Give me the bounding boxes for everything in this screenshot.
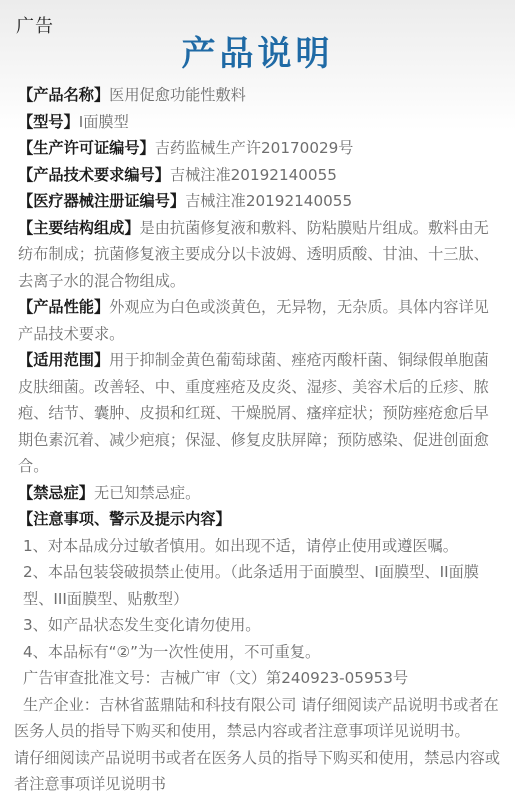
field-value: 吉械注准20192140055 xyxy=(170,166,337,184)
field-value: 医用促愈功能性敷料 xyxy=(109,86,246,104)
field-production-license: 【生产许可证编号】吉药监械生产许20170029号 xyxy=(18,135,503,162)
precautions-heading: 【注意事项、警示及提示内容】 xyxy=(18,506,503,533)
field-label: 【型号】 xyxy=(18,113,79,131)
precaution-item: 3、如产品状态发生变化请勿使用。 xyxy=(18,612,503,639)
field-registration-no: 【医疗器械注册证编号】吉械注准20192140055 xyxy=(18,188,503,215)
field-label: 【产品性能】 xyxy=(18,298,109,316)
field-label: 【主要结构组成】 xyxy=(18,219,140,237)
field-label: 【适用范围】 xyxy=(18,351,109,369)
field-product-name: 【产品名称】医用促愈功能性敷料 xyxy=(18,82,503,109)
field-tech-requirement-no: 【产品技术要求编号】吉械注准20192140055 xyxy=(18,162,503,189)
field-label: 【生产许可证编号】 xyxy=(18,139,155,157)
precaution-item: 2、本品包装袋破损禁止使用。（此条适用于面膜型、I面膜型、II面膜型、III面膜… xyxy=(18,559,503,612)
field-value: 用于抑制金黄色葡萄球菌、痤疮丙酸杆菌、铜绿假单胞菌皮肤细菌。改善轻、中、重度痤疮… xyxy=(18,351,489,475)
product-description: 【产品名称】医用促愈功能性敷料 【型号】I面膜型 【生产许可证编号】吉药监械生产… xyxy=(18,82,503,798)
field-label: 【产品名称】 xyxy=(18,86,109,104)
field-contraindications: 【禁忌症】无已知禁忌症。 xyxy=(18,480,503,507)
field-value: 吉械注准20192140055 xyxy=(185,192,352,210)
ad-approval-number: 广告审查批准文号：吉械广审（文）第240923-05953号 xyxy=(14,665,503,692)
field-value: 无已知禁忌症。 xyxy=(94,484,200,502)
manufacturer-info: 生产企业：吉林省蓝鼎陆和科技有限公司 请仔细阅读产品说明书或者在医务人员的指导下… xyxy=(14,692,503,745)
footer: 广告审查批准文号：吉械广审（文）第240923-05953号 生产企业：吉林省蓝… xyxy=(14,665,503,798)
field-composition: 【主要结构组成】是由抗菌修复液和敷料、防粘膜贴片组成。敷料由无纺布制成；抗菌修复… xyxy=(18,215,503,295)
disclaimer: 请仔细阅读产品说明书或者在医务人员的指导下购买和使用，禁忌内容或者注意事项详见说… xyxy=(14,745,503,798)
field-label: 【产品技术要求编号】 xyxy=(18,166,170,184)
field-value: 吉药监械生产许20170029号 xyxy=(155,139,354,157)
field-value: I面膜型 xyxy=(79,113,129,131)
field-label: 【禁忌症】 xyxy=(18,484,94,502)
field-label: 【医疗器械注册证编号】 xyxy=(18,192,185,210)
manufacturer-text: 生产企业：吉林省蓝鼎陆和科技有限公司 请仔细阅读产品说明书或者在医务人员的指导下… xyxy=(14,696,499,741)
field-scope: 【适用范围】用于抑制金黄色葡萄球菌、痤疮丙酸杆菌、铜绿假单胞菌皮肤细菌。改善轻、… xyxy=(18,347,503,480)
precaution-item: 4、本品标有“②”为一次性使用，不可重复。 xyxy=(18,639,503,666)
precaution-item: 1、对本品成分过敏者慎用。如出现不适，请停止使用或遵医嘱。 xyxy=(18,533,503,560)
field-performance: 【产品性能】外观应为白色或淡黄色，无异物，无杂质。具体内容详见产品技术要求。 xyxy=(18,294,503,347)
page-title: 产品说明 xyxy=(0,26,515,75)
field-model: 【型号】I面膜型 xyxy=(18,109,503,136)
